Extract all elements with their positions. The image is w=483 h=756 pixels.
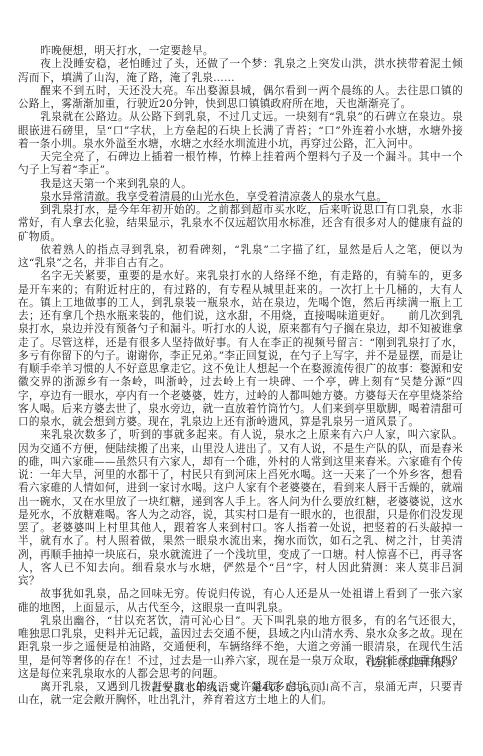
paragraph-13: 乳泉出幽谷，“甘以充茗饮，清可沁心目”。天下叫乳泉的地方很多，有的名气还很大，唯… (18, 615, 463, 681)
paragraph-4: 乳泉就在公路边。从公路下到乳泉，不过几丈远。一块刻有“乳泉”的石碑立在泉边。泉眼… (18, 111, 463, 151)
article-body: 昨晚便想，明天打水，一定要趁早。 夜上没睡安稳，老怕睡过了头，还做了一个梦：乳泉… (18, 45, 463, 708)
paragraph-10: 名字无关紧要，重要的是水好。来乳泉打水的人络绎不绝，有走路的，有骑车的，更多是开… (18, 270, 463, 429)
paragraph-5: 天完全亮了，石碑边上插着一根竹棒，竹棒上挂着两个塑料勺子及一个漏斗。其中一个勺子… (18, 151, 463, 178)
paragraph-12: 故事犹如乳泉，品之回味无穷。传说归传说，有心人还是从一处祖谱上看到了一张六家碓的… (18, 588, 463, 615)
paragraph-7-underlined: 泉水异常清澈。我享受着清晨的山光水色，享受着清凉袭人的泉水气息。 (18, 191, 463, 204)
paragraph-8: 到乳泉打水，是今年年初开始的。之前都到超市买水吃，后来听说思口有口乳泉，水非常好… (18, 204, 463, 244)
paragraph-9: 依着熟人的指点寻到乳泉，初看碑刻，“乳泉”二字描了红，显然是后人之笔，便以为这“… (18, 244, 463, 271)
paragraph-3: 醒来不到五时，天还没大亮。车出婺源县城，偶尔看到一两个晨练的人。去往思口镇的公路… (18, 85, 463, 112)
page-footer: 吉安县七年级语文 第4页（共6页） (0, 680, 483, 695)
source-attribution: （选自《江西日报》） (360, 655, 461, 670)
paragraph-11: 来乳泉次数多了，听到的事就多起来。有人说，泉水之上原来有六户人家，叫六家队。因为… (18, 429, 463, 588)
paragraph-1: 昨晚便想，明天打水，一定要趁早。 (18, 45, 463, 58)
underlined-sentence: 泉水异常清澈。我享受着清晨的山光水色，享受着清凉袭人的泉水气息。 (40, 191, 387, 203)
paragraph-6: 我是这天第一个来到乳泉的人。 (18, 178, 463, 191)
paragraph-2: 夜上没睡安稳，老怕睡过了头，还做了一个梦：乳泉之上突发山洪，洪水挟带着泥土倾泻而… (18, 58, 463, 85)
